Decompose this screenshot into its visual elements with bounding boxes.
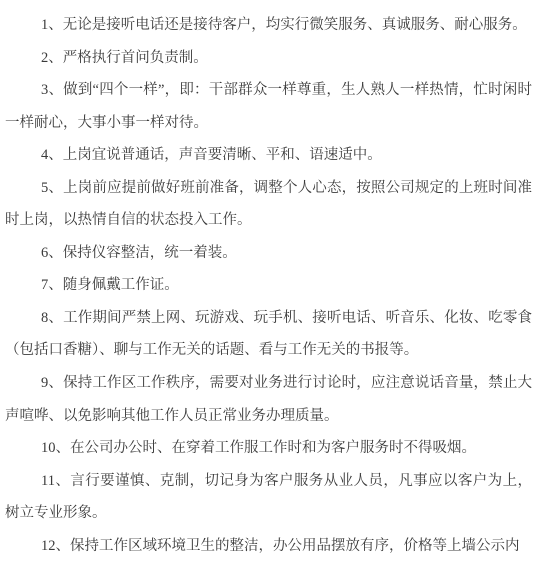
rule-text: 在公司办公时、在穿着工作服工作时和为客户服务时不得吸烟。 xyxy=(70,440,476,456)
rule-item: 10、在公司办公时、在穿着工作服工作时和为客户服务时不得吸烟。 xyxy=(5,432,532,465)
rule-number: 11、 xyxy=(41,473,70,489)
rule-text: 言行要谨慎、克制，切记身为客户服务从业人员，凡事应以客户为上，树立专业形象。 xyxy=(5,473,532,522)
rule-item: 1、无论是接听电话还是接待客户，均实行微笑服务、真诚服务、耐心服务。 xyxy=(5,9,532,42)
rule-text: 保持工作区域环境卫生的整洁，办公用品摆放有序，价格等上墙公示内 xyxy=(70,538,520,554)
rule-number: 8、 xyxy=(41,310,63,326)
rule-text: 上岗宜说普通话，声音要清晰、平和、语速适中。 xyxy=(63,147,382,163)
rule-text: 做到“四个一样”，即：干部群众一样尊重，生人熟人一样热情，忙时闲时一样耐心，大事… xyxy=(5,82,532,131)
rule-text: 上岗前应提前做好班前准备，调整个人心态，按照公司规定的上班时间准时上岗，以热情自… xyxy=(5,180,532,229)
rule-number: 9、 xyxy=(41,375,63,391)
rule-number: 7、 xyxy=(41,277,63,293)
rule-item: 8、工作期间严禁上网、玩游戏、玩手机、接听电话、听音乐、化妆、吃零食（包括口香糖… xyxy=(5,302,532,367)
rule-item: 5、上岗前应提前做好班前准备，调整个人心态，按照公司规定的上班时间准时上岗，以热… xyxy=(5,172,532,237)
rule-text: 工作期间严禁上网、玩游戏、玩手机、接听电话、听音乐、化妆、吃零食（包括口香糖）、… xyxy=(5,310,532,359)
rule-item: 7、随身佩戴工作证。 xyxy=(5,269,532,302)
rule-text: 保持工作区工作秩序，需要对业务进行讨论时，应注意说话音量，禁止大声喧哗、以免影响… xyxy=(5,375,532,424)
rule-number: 10、 xyxy=(41,440,70,456)
rule-item: 9、保持工作区工作秩序，需要对业务进行讨论时，应注意说话音量，禁止大声喧哗、以免… xyxy=(5,367,532,432)
rule-item: 4、上岗宜说普通话，声音要清晰、平和、语速适中。 xyxy=(5,139,532,172)
rule-number: 3、 xyxy=(41,82,63,98)
rule-item: 3、做到“四个一样”，即：干部群众一样尊重，生人熟人一样热情，忙时闲时一样耐心，… xyxy=(5,74,532,139)
rule-number: 12、 xyxy=(41,538,70,554)
rule-number: 4、 xyxy=(41,147,63,163)
rule-text: 无论是接听电话还是接待客户，均实行微笑服务、真诚服务、耐心服务。 xyxy=(63,17,527,33)
rule-text: 保持仪容整洁，统一着装。 xyxy=(63,245,237,261)
rule-item: 12、保持工作区域环境卫生的整洁，办公用品摆放有序，价格等上墙公示内 xyxy=(5,530,532,563)
rule-number: 6、 xyxy=(41,245,63,261)
rule-number: 1、 xyxy=(41,17,63,33)
document-page: 1、无论是接听电话还是接待客户，均实行微笑服务、真诚服务、耐心服务。 2、严格执… xyxy=(0,0,537,587)
rule-item: 11、言行要谨慎、克制，切记身为客户服务从业人员，凡事应以客户为上，树立专业形象… xyxy=(5,465,532,530)
rule-text: 随身佩戴工作证。 xyxy=(63,277,179,293)
rule-number: 2、 xyxy=(41,50,63,66)
rule-item: 2、严格执行首问负责制。 xyxy=(5,42,532,75)
rule-text: 严格执行首问负责制。 xyxy=(63,50,208,66)
rule-item: 6、保持仪容整洁，统一着装。 xyxy=(5,237,532,270)
rule-number: 5、 xyxy=(41,180,63,196)
